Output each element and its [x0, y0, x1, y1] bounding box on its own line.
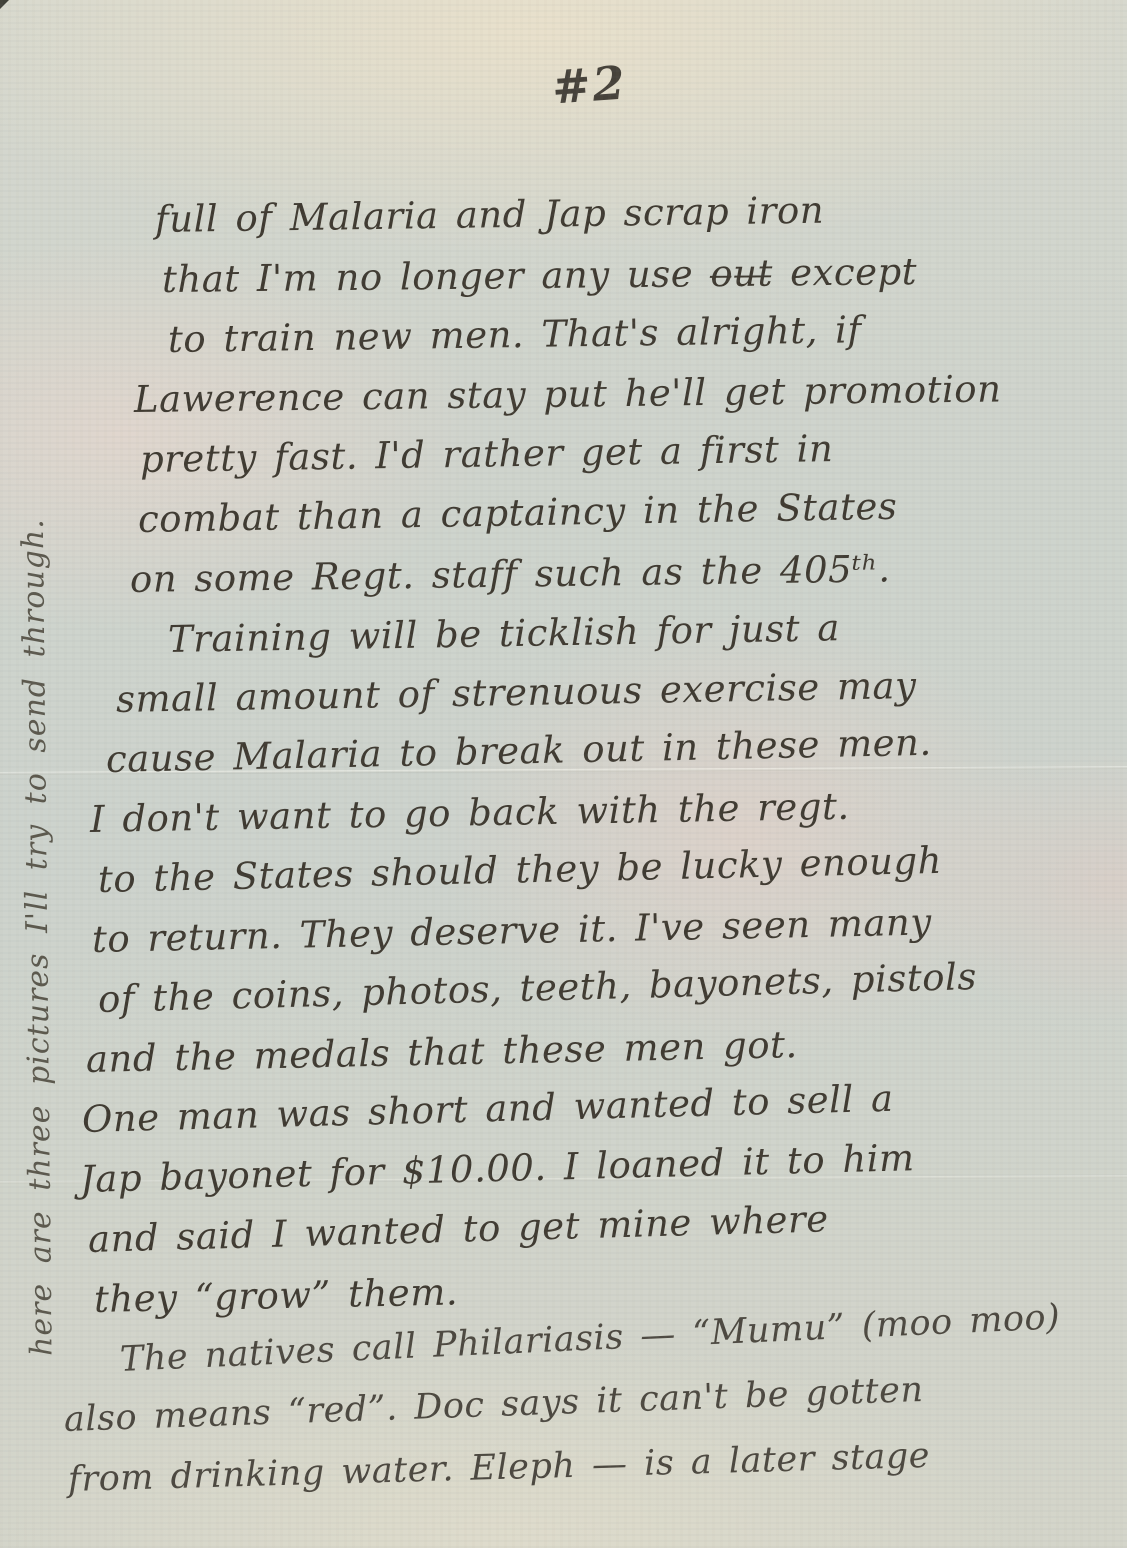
letter-body: full of Malaria and Jap scrap iron that … — [0, 190, 1117, 1510]
page-number: #2 — [550, 55, 628, 114]
letter-page: #2 here are three pictures I'll try to s… — [0, 0, 1127, 1548]
letter-line: full of Malaria and Jap scrap iron — [155, 177, 1118, 250]
scan-corner-artifact — [0, 0, 9, 9]
